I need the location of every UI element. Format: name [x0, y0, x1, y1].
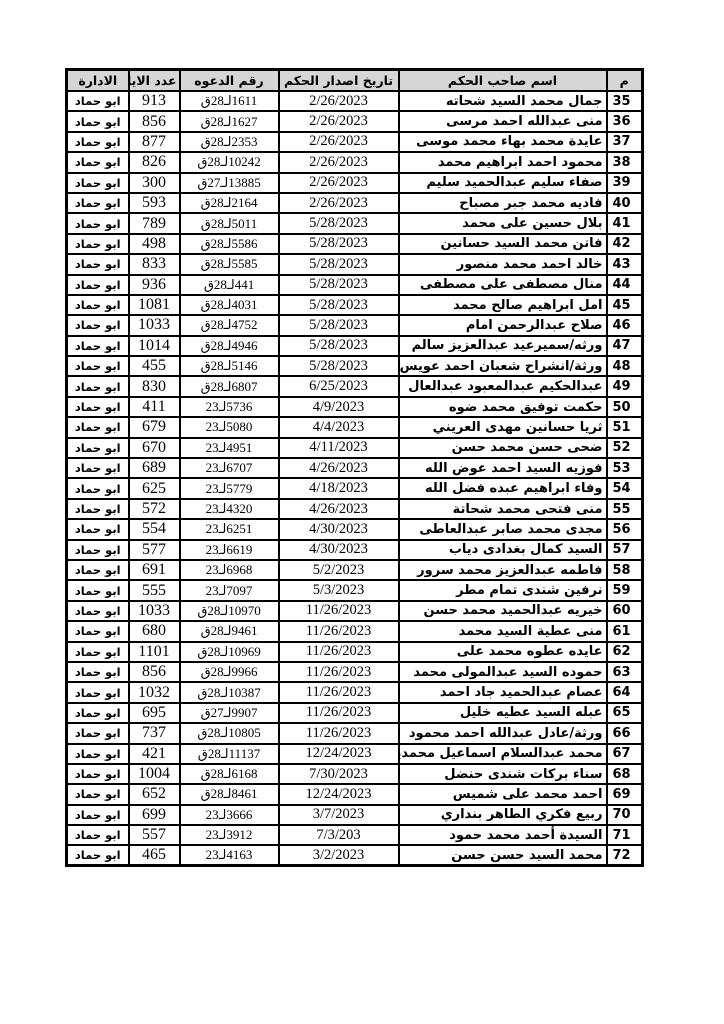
- table-row: 37 عايدة محمد بهاء محمد موسى 2/26/2023 2…: [67, 132, 643, 152]
- table-row: 57 السيد كمال بغدادى دياب 4/30/2023 6619…: [67, 540, 643, 560]
- serial-number-cell: 37: [607, 132, 643, 152]
- days-count-cell: 826: [129, 152, 180, 172]
- holder-name-cell: منى عبدالله احمد مرسى: [399, 111, 607, 131]
- case-number-cell: 4951لـ23: [180, 438, 279, 458]
- table-row: 48 ورثة/انشراح شعبان احمد عويس 5/28/2023…: [67, 356, 643, 376]
- administration-cell: ابو حماد: [67, 458, 129, 478]
- days-count-cell: 300: [129, 173, 180, 193]
- serial-number-cell: 63: [607, 662, 643, 682]
- holder-name-cell: عايده عطوه محمد على: [399, 642, 607, 662]
- administration-cell: ابو حماد: [67, 723, 129, 743]
- issue-date-cell: 12/24/2023: [279, 744, 399, 764]
- days-count-cell: 691: [129, 560, 180, 580]
- issue-date-cell: 5/28/2023: [279, 254, 399, 274]
- case-number-cell: 6251لـ23: [180, 519, 279, 539]
- days-count-cell: 877: [129, 132, 180, 152]
- serial-number-cell: 56: [607, 519, 643, 539]
- table-header: م اسم صاحب الحكم تاريخ اصدار الحكم رقم ا…: [67, 70, 643, 92]
- issue-date-cell: 7/3/203: [279, 825, 399, 845]
- serial-number-cell: 44: [607, 275, 643, 295]
- issue-date-cell: 5/3/2023: [279, 580, 399, 600]
- issue-date-cell: 11/26/2023: [279, 642, 399, 662]
- case-number-cell: 10242لـ28ق: [180, 152, 279, 172]
- issue-date-cell: 4/9/2023: [279, 397, 399, 417]
- case-number-cell: 4031لـ28ق: [180, 295, 279, 315]
- issue-date-cell: 11/26/2023: [279, 601, 399, 621]
- issue-date-cell: 11/26/2023: [279, 682, 399, 702]
- issue-date-cell: 3/7/2023: [279, 805, 399, 825]
- days-count-cell: 936: [129, 275, 180, 295]
- issue-date-cell: 7/30/2023: [279, 764, 399, 784]
- days-count-cell: 913: [129, 91, 180, 111]
- days-count-cell: 695: [129, 703, 180, 723]
- issue-date-cell: 5/28/2023: [279, 315, 399, 335]
- issue-date-cell: 5/28/2023: [279, 213, 399, 233]
- holder-name-cell: صفاء سليم عبدالحميد سليم: [399, 173, 607, 193]
- case-number-cell: 4946لـ28ق: [180, 336, 279, 356]
- days-count-cell: 1032: [129, 682, 180, 702]
- header-serial-number: م: [607, 70, 643, 92]
- issue-date-cell: 5/2/2023: [279, 560, 399, 580]
- administration-cell: ابو حماد: [67, 682, 129, 702]
- table-body: 35 جمال محمد السيد شحاته 2/26/2023 1611ل…: [67, 91, 643, 866]
- holder-name-cell: فاتن محمد السيد حسانين: [399, 234, 607, 254]
- holder-name-cell: ورثة/انشراح شعبان احمد عويس: [399, 356, 607, 376]
- administration-cell: ابو حماد: [67, 193, 129, 213]
- administration-cell: ابو حماد: [67, 519, 129, 539]
- serial-number-cell: 46: [607, 315, 643, 335]
- table-row: 68 سناء بركات شندى حنضل 7/30/2023 6168لـ…: [67, 764, 643, 784]
- issue-date-cell: 5/28/2023: [279, 234, 399, 254]
- days-count-cell: 1033: [129, 601, 180, 621]
- issue-date-cell: 4/11/2023: [279, 438, 399, 458]
- serial-number-cell: 67: [607, 744, 643, 764]
- days-count-cell: 577: [129, 540, 180, 560]
- header-administration: الادارة: [67, 70, 129, 92]
- holder-name-cell: محمود احمد ابراهيم محمد: [399, 152, 607, 172]
- holder-name-cell: عبدالحكيم عبدالمعبود عبدالعال: [399, 376, 607, 396]
- issue-date-cell: 11/26/2023: [279, 621, 399, 641]
- case-number-cell: 8461لـ28ق: [180, 784, 279, 804]
- table-row: 51 ثريا حسانين مهدى العريني 4/4/2023 508…: [67, 417, 643, 437]
- days-count-cell: 833: [129, 254, 180, 274]
- case-number-cell: 5736لـ23: [180, 397, 279, 417]
- administration-cell: ابو حماد: [67, 254, 129, 274]
- header-days-count: عدد الايام: [129, 70, 180, 92]
- issue-date-cell: 4/30/2023: [279, 519, 399, 539]
- table-row: 50 حكمت توفيق محمد ضوه 4/9/2023 5736لـ23…: [67, 397, 643, 417]
- table-row: 56 مجدى محمد صابر عبدالعاطى 4/30/2023 62…: [67, 519, 643, 539]
- administration-cell: ابو حماد: [67, 784, 129, 804]
- holder-name-cell: خالد احمد محمد منصور: [399, 254, 607, 274]
- table-row: 72 محمد السيد حسن حسن 3/2/2023 4163لـ23 …: [67, 845, 643, 866]
- holder-name-cell: السيدة أحمد محمد حمود: [399, 825, 607, 845]
- holder-name-cell: حكمت توفيق محمد ضوه: [399, 397, 607, 417]
- serial-number-cell: 52: [607, 438, 643, 458]
- serial-number-cell: 49: [607, 376, 643, 396]
- table-row: 46 صلاح عبدالرحمن امام 5/28/2023 4752لـ2…: [67, 315, 643, 335]
- case-number-cell: 5080لـ23: [180, 417, 279, 437]
- case-number-cell: 4163لـ23: [180, 845, 279, 866]
- serial-number-cell: 57: [607, 540, 643, 560]
- days-count-cell: 652: [129, 784, 180, 804]
- case-number-cell: 6968لـ23: [180, 560, 279, 580]
- days-count-cell: 680: [129, 621, 180, 641]
- issue-date-cell: 11/26/2023: [279, 662, 399, 682]
- administration-cell: ابو حماد: [67, 397, 129, 417]
- table-row: 61 منى عطية السيد محمد 11/26/2023 9461لـ…: [67, 621, 643, 641]
- administration-cell: ابو حماد: [67, 662, 129, 682]
- administration-cell: ابو حماد: [67, 499, 129, 519]
- administration-cell: ابو حماد: [67, 275, 129, 295]
- table-row: 38 محمود احمد ابراهيم محمد 2/26/2023 102…: [67, 152, 643, 172]
- serial-number-cell: 47: [607, 336, 643, 356]
- table-row: 59 نرفين شندى تمام مطر 5/3/2023 7097لـ23…: [67, 580, 643, 600]
- holder-name-cell: السيد كمال بغدادى دياب: [399, 540, 607, 560]
- serial-number-cell: 62: [607, 642, 643, 662]
- case-number-cell: 2353لـ28ق: [180, 132, 279, 152]
- holder-name-cell: منال مصطفى على مصطفى: [399, 275, 607, 295]
- case-number-cell: 1611لـ28ق: [180, 91, 279, 111]
- issue-date-cell: 3/2/2023: [279, 845, 399, 866]
- issue-date-cell: 5/28/2023: [279, 336, 399, 356]
- judgments-table: م اسم صاحب الحكم تاريخ اصدار الحكم رقم ا…: [65, 68, 644, 867]
- serial-number-cell: 55: [607, 499, 643, 519]
- table-row: 44 منال مصطفى على مصطفى 5/28/2023 441لـ2…: [67, 275, 643, 295]
- days-count-cell: 557: [129, 825, 180, 845]
- holder-name-cell: فاديه محمد جبر مصباح: [399, 193, 607, 213]
- holder-name-cell: سناء بركات شندى حنضل: [399, 764, 607, 784]
- table-row: 49 عبدالحكيم عبدالمعبود عبدالعال 6/25/20…: [67, 376, 643, 396]
- table-row: 65 عبله السيد عطيه خليل 11/26/2023 9907ل…: [67, 703, 643, 723]
- serial-number-cell: 61: [607, 621, 643, 641]
- table-row: 35 جمال محمد السيد شحاته 2/26/2023 1611ل…: [67, 91, 643, 111]
- table-row: 36 منى عبدالله احمد مرسى 2/26/2023 1627ل…: [67, 111, 643, 131]
- case-number-cell: 4320لـ23: [180, 499, 279, 519]
- holder-name-cell: ورثة/عادل عبدالله احمد محمود: [399, 723, 607, 743]
- case-number-cell: 5585لـ28ق: [180, 254, 279, 274]
- serial-number-cell: 65: [607, 703, 643, 723]
- administration-cell: ابو حماد: [67, 560, 129, 580]
- serial-number-cell: 72: [607, 845, 643, 866]
- administration-cell: ابو حماد: [67, 703, 129, 723]
- holder-name-cell: خيريه عبدالحميد محمد حسن: [399, 601, 607, 621]
- table-row: 64 عصام عبدالحميد جاد احمد 11/26/2023 10…: [67, 682, 643, 702]
- serial-number-cell: 41: [607, 213, 643, 233]
- serial-number-cell: 59: [607, 580, 643, 600]
- serial-number-cell: 35: [607, 91, 643, 111]
- days-count-cell: 498: [129, 234, 180, 254]
- days-count-cell: 1081: [129, 295, 180, 315]
- case-number-cell: 6619لـ23: [180, 540, 279, 560]
- administration-cell: ابو حماد: [67, 91, 129, 111]
- serial-number-cell: 66: [607, 723, 643, 743]
- administration-cell: ابو حماد: [67, 805, 129, 825]
- issue-date-cell: 2/26/2023: [279, 152, 399, 172]
- administration-cell: ابو حماد: [67, 580, 129, 600]
- days-count-cell: 1014: [129, 336, 180, 356]
- table-row: 71 السيدة أحمد محمد حمود 7/3/203 3912لـ2…: [67, 825, 643, 845]
- days-count-cell: 1033: [129, 315, 180, 335]
- serial-number-cell: 68: [607, 764, 643, 784]
- table-row: 52 ضحى حسن محمد حسن 4/11/2023 4951لـ23 6…: [67, 438, 643, 458]
- table-row: 47 ورثه/سميرعيد عبدالعزيز سالم 5/28/2023…: [67, 336, 643, 356]
- administration-cell: ابو حماد: [67, 295, 129, 315]
- table-row: 42 فاتن محمد السيد حسانين 5/28/2023 5586…: [67, 234, 643, 254]
- serial-number-cell: 48: [607, 356, 643, 376]
- days-count-cell: 593: [129, 193, 180, 213]
- holder-name-cell: عايدة محمد بهاء محمد موسى: [399, 132, 607, 152]
- issue-date-cell: 11/26/2023: [279, 703, 399, 723]
- administration-cell: ابو حماد: [67, 744, 129, 764]
- administration-cell: ابو حماد: [67, 234, 129, 254]
- administration-cell: ابو حماد: [67, 213, 129, 233]
- table-row: 60 خيريه عبدالحميد محمد حسن 11/26/2023 1…: [67, 601, 643, 621]
- serial-number-cell: 53: [607, 458, 643, 478]
- serial-number-cell: 51: [607, 417, 643, 437]
- issue-date-cell: 5/28/2023: [279, 275, 399, 295]
- administration-cell: ابو حماد: [67, 417, 129, 437]
- administration-cell: ابو حماد: [67, 478, 129, 498]
- issue-date-cell: 2/26/2023: [279, 91, 399, 111]
- holder-name-cell: نرفين شندى تمام مطر: [399, 580, 607, 600]
- holder-name-cell: عبله السيد عطيه خليل: [399, 703, 607, 723]
- case-number-cell: 5146لـ28ق: [180, 356, 279, 376]
- days-count-cell: 1004: [129, 764, 180, 784]
- case-number-cell: 5586لـ28ق: [180, 234, 279, 254]
- header-case-number: رقم الدعوه: [180, 70, 279, 92]
- serial-number-cell: 70: [607, 805, 643, 825]
- serial-number-cell: 60: [607, 601, 643, 621]
- table-row: 45 امل ابراهيم صالح محمد 5/28/2023 4031ل…: [67, 295, 643, 315]
- holder-name-cell: بلال حسين على محمد: [399, 213, 607, 233]
- table-row: 66 ورثة/عادل عبدالله احمد محمود 11/26/20…: [67, 723, 643, 743]
- administration-cell: ابو حماد: [67, 336, 129, 356]
- holder-name-cell: ضحى حسن محمد حسن: [399, 438, 607, 458]
- holder-name-cell: منى عطية السيد محمد: [399, 621, 607, 641]
- table-row: 67 محمد عبدالسلام اسماعيل محمدين 12/24/2…: [67, 744, 643, 764]
- issue-date-cell: 11/26/2023: [279, 723, 399, 743]
- serial-number-cell: 43: [607, 254, 643, 274]
- holder-name-cell: وفاء ابراهيم عبده فضل الله: [399, 478, 607, 498]
- days-count-cell: 699: [129, 805, 180, 825]
- case-number-cell: 4752لـ28ق: [180, 315, 279, 335]
- administration-cell: ابو حماد: [67, 642, 129, 662]
- issue-date-cell: 4/30/2023: [279, 540, 399, 560]
- administration-cell: ابو حماد: [67, 132, 129, 152]
- case-number-cell: 9907لـ27ق: [180, 703, 279, 723]
- administration-cell: ابو حماد: [67, 315, 129, 335]
- days-count-cell: 856: [129, 111, 180, 131]
- issue-date-cell: 2/26/2023: [279, 193, 399, 213]
- serial-number-cell: 36: [607, 111, 643, 131]
- serial-number-cell: 40: [607, 193, 643, 213]
- table-row: 54 وفاء ابراهيم عبده فضل الله 4/18/2023 …: [67, 478, 643, 498]
- table-row: 39 صفاء سليم عبدالحميد سليم 2/26/2023 13…: [67, 173, 643, 193]
- holder-name-cell: ربيع فكري الطاهر بنداري: [399, 805, 607, 825]
- administration-cell: ابو حماد: [67, 438, 129, 458]
- administration-cell: ابو حماد: [67, 152, 129, 172]
- issue-date-cell: 2/26/2023: [279, 132, 399, 152]
- case-number-cell: 6807لـ28ق: [180, 376, 279, 396]
- table-row: 58 فاطمه عبدالعزيز محمد سرور 5/2/2023 69…: [67, 560, 643, 580]
- case-number-cell: 10387لـ28ق: [180, 682, 279, 702]
- issue-date-cell: 12/24/2023: [279, 784, 399, 804]
- days-count-cell: 625: [129, 478, 180, 498]
- case-number-cell: 13885لـ27ق: [180, 173, 279, 193]
- holder-name-cell: جمال محمد السيد شحاته: [399, 91, 607, 111]
- holder-name-cell: حموده السيد عبدالمولى محمد: [399, 662, 607, 682]
- table-row: 43 خالد احمد محمد منصور 5/28/2023 5585لـ…: [67, 254, 643, 274]
- serial-number-cell: 54: [607, 478, 643, 498]
- serial-number-cell: 38: [607, 152, 643, 172]
- holder-name-cell: فوزيه السيد احمد عوض الله: [399, 458, 607, 478]
- issue-date-cell: 4/26/2023: [279, 458, 399, 478]
- case-number-cell: 10805لـ28ق: [180, 723, 279, 743]
- table-row: 53 فوزيه السيد احمد عوض الله 4/26/2023 6…: [67, 458, 643, 478]
- holder-name-cell: ثريا حسانين مهدى العريني: [399, 417, 607, 437]
- table-row: 70 ربيع فكري الطاهر بنداري 3/7/2023 3666…: [67, 805, 643, 825]
- case-number-cell: 10970لـ28ق: [180, 601, 279, 621]
- days-count-cell: 689: [129, 458, 180, 478]
- administration-cell: ابو حماد: [67, 173, 129, 193]
- issue-date-cell: 2/26/2023: [279, 111, 399, 131]
- case-number-cell: 6168لـ28ق: [180, 764, 279, 784]
- issue-date-cell: 5/28/2023: [279, 295, 399, 315]
- days-count-cell: 830: [129, 376, 180, 396]
- days-count-cell: 555: [129, 580, 180, 600]
- days-count-cell: 789: [129, 213, 180, 233]
- holder-name-cell: محمد السيد حسن حسن: [399, 845, 607, 866]
- issue-date-cell: 4/18/2023: [279, 478, 399, 498]
- administration-cell: ابو حماد: [67, 356, 129, 376]
- holder-name-cell: احمد محمد على شميس: [399, 784, 607, 804]
- header-judgment-holder-name: اسم صاحب الحكم: [399, 70, 607, 92]
- administration-cell: ابو حماد: [67, 601, 129, 621]
- serial-number-cell: 64: [607, 682, 643, 702]
- holder-name-cell: صلاح عبدالرحمن امام: [399, 315, 607, 335]
- case-number-cell: 10969لـ28ق: [180, 642, 279, 662]
- administration-cell: ابو حماد: [67, 540, 129, 560]
- holder-name-cell: مجدى محمد صابر عبدالعاطى: [399, 519, 607, 539]
- days-count-cell: 411: [129, 397, 180, 417]
- holder-name-cell: فاطمه عبدالعزيز محمد سرور: [399, 560, 607, 580]
- case-number-cell: 9461لـ28ق: [180, 621, 279, 641]
- case-number-cell: 441لـ28ق: [180, 275, 279, 295]
- serial-number-cell: 50: [607, 397, 643, 417]
- case-number-cell: 5779لـ23: [180, 478, 279, 498]
- administration-cell: ابو حماد: [67, 376, 129, 396]
- table-row: 41 بلال حسين على محمد 5/28/2023 5011لـ28…: [67, 213, 643, 233]
- header-judgment-issue-date: تاريخ اصدار الحكم: [279, 70, 399, 92]
- days-count-cell: 455: [129, 356, 180, 376]
- header-row: م اسم صاحب الحكم تاريخ اصدار الحكم رقم ا…: [67, 70, 643, 92]
- holder-name-cell: امل ابراهيم صالح محمد: [399, 295, 607, 315]
- days-count-cell: 421: [129, 744, 180, 764]
- table-row: 69 احمد محمد على شميس 12/24/2023 8461لـ2…: [67, 784, 643, 804]
- serial-number-cell: 71: [607, 825, 643, 845]
- serial-number-cell: 42: [607, 234, 643, 254]
- case-number-cell: 7097لـ23: [180, 580, 279, 600]
- issue-date-cell: 6/25/2023: [279, 376, 399, 396]
- administration-cell: ابو حماد: [67, 621, 129, 641]
- table-row: 63 حموده السيد عبدالمولى محمد 11/26/2023…: [67, 662, 643, 682]
- serial-number-cell: 45: [607, 295, 643, 315]
- holder-name-cell: عصام عبدالحميد جاد احمد: [399, 682, 607, 702]
- case-number-cell: 1627لـ28ق: [180, 111, 279, 131]
- case-number-cell: 6707لـ23: [180, 458, 279, 478]
- case-number-cell: 3912لـ23: [180, 825, 279, 845]
- administration-cell: ابو حماد: [67, 845, 129, 866]
- holder-name-cell: محمد عبدالسلام اسماعيل محمدين: [399, 744, 607, 764]
- case-number-cell: 2164لـ28ق: [180, 193, 279, 213]
- case-number-cell: 9966لـ28ق: [180, 662, 279, 682]
- table-row: 62 عايده عطوه محمد على 11/26/2023 10969ل…: [67, 642, 643, 662]
- days-count-cell: 856: [129, 662, 180, 682]
- table-row: 55 منى فتحى محمد شحاتة 4/26/2023 4320لـ2…: [67, 499, 643, 519]
- days-count-cell: 554: [129, 519, 180, 539]
- days-count-cell: 670: [129, 438, 180, 458]
- administration-cell: ابو حماد: [67, 764, 129, 784]
- issue-date-cell: 4/4/2023: [279, 417, 399, 437]
- holder-name-cell: منى فتحى محمد شحاتة: [399, 499, 607, 519]
- serial-number-cell: 39: [607, 173, 643, 193]
- document-page: م اسم صاحب الحكم تاريخ اصدار الحكم رقم ا…: [0, 0, 724, 1024]
- days-count-cell: 465: [129, 845, 180, 866]
- issue-date-cell: 2/26/2023: [279, 173, 399, 193]
- administration-cell: ابو حماد: [67, 825, 129, 845]
- administration-cell: ابو حماد: [67, 111, 129, 131]
- holder-name-cell: ورثه/سميرعيد عبدالعزيز سالم: [399, 336, 607, 356]
- case-number-cell: 3666لـ23: [180, 805, 279, 825]
- issue-date-cell: 4/26/2023: [279, 499, 399, 519]
- case-number-cell: 11137لـ28ق: [180, 744, 279, 764]
- serial-number-cell: 69: [607, 784, 643, 804]
- days-count-cell: 572: [129, 499, 180, 519]
- issue-date-cell: 5/28/2023: [279, 356, 399, 376]
- case-number-cell: 5011لـ28ق: [180, 213, 279, 233]
- days-count-cell: 679: [129, 417, 180, 437]
- table-row: 40 فاديه محمد جبر مصباح 2/26/2023 2164لـ…: [67, 193, 643, 213]
- serial-number-cell: 58: [607, 560, 643, 580]
- days-count-cell: 1101: [129, 642, 180, 662]
- days-count-cell: 737: [129, 723, 180, 743]
